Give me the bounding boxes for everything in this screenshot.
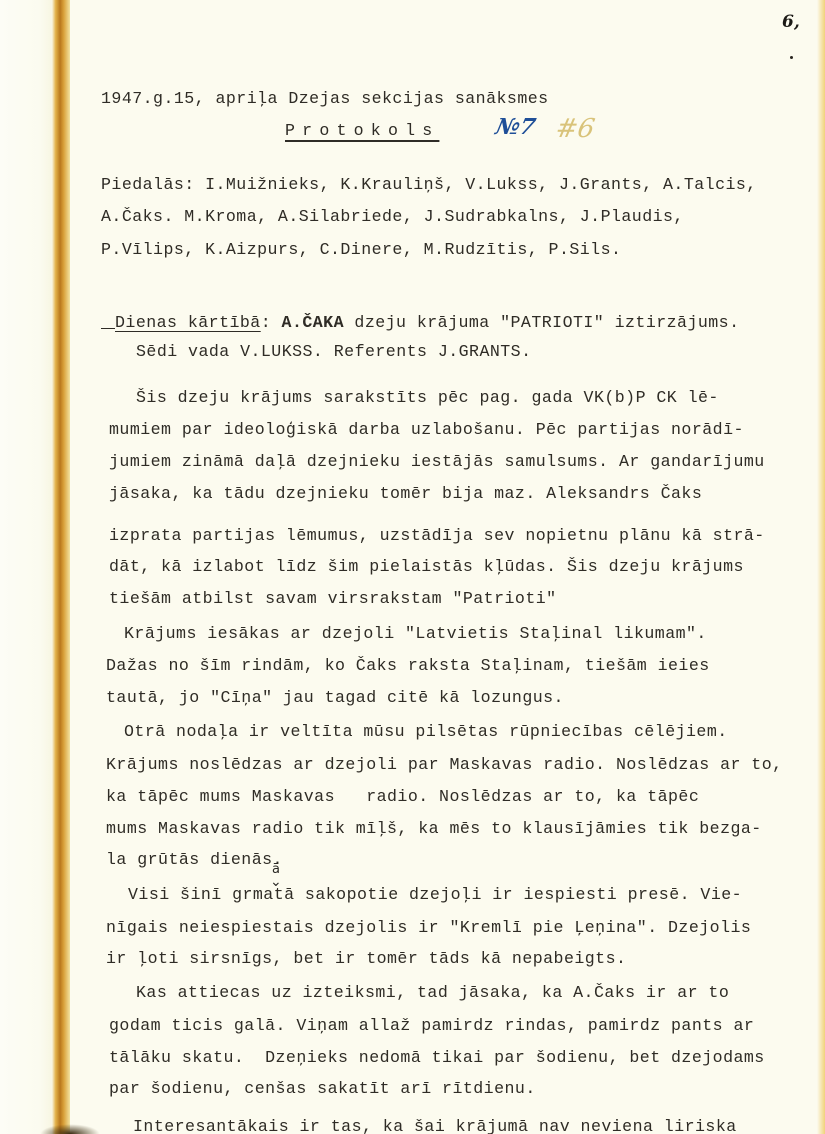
body-line: izprata partijas lēmumus, uzstādīja sev … — [109, 526, 765, 546]
attendees-line-1: Piedalās: I.Muižnieks, K.Krauliņš, V.Luk… — [101, 175, 757, 195]
body-line: nīgais neiespiestais dzejolis ir "Kremlī… — [106, 918, 751, 938]
body-line: Šis dzeju krājums sarakstīts pēc pag. ga… — [136, 388, 719, 408]
underlying-page — [0, 0, 58, 1134]
body-line: Krājums iesākas ar dzejoli "Latvietis St… — [124, 624, 707, 644]
body-line: Kas attiecas uz izteiksmi, tad jāsaka, k… — [136, 983, 729, 1003]
body-line: jumiem zināmā daļā dzejnieku iestājās sa… — [109, 452, 765, 472]
body-line: jāsaka, ka tādu dzejnieku tomēr bija maz… — [109, 484, 702, 504]
body-line: godam ticis galā. Viņam allaž pamirdz ri… — [109, 1016, 754, 1036]
body-line: Otrā nodaļa ir veltīta mūsu pilsētas rūp… — [124, 722, 728, 742]
body-line: Krājums noslēdzas ar dzejoli par Maskava… — [106, 755, 783, 775]
body-line: ir ļoti sirsnīgs, bet ir tomēr tāds kā n… — [106, 949, 626, 969]
chair-line: Sēdi vada V.LUKSS. Referents J.GRANTS. — [136, 342, 532, 362]
body-line: Interesantākais ir tas, ka šai krājumā n… — [133, 1117, 737, 1134]
agenda-topic: dzeju krājuma "PATRIOTI" iztirzājums. — [344, 313, 740, 332]
date-line: 1947.g.15, apriļa Dzejas sekcijas sanāks… — [101, 89, 549, 109]
body-line: mums Maskavas radio tik mīļš, ka mēs to … — [106, 819, 762, 839]
agenda-author: A.ČAKA — [282, 313, 344, 332]
handwritten-number-blue: №7 — [493, 114, 538, 140]
attendees-line-3: P.Vīlips, K.Aizpurs, C.Dinere, M.Rudzīti… — [101, 240, 621, 260]
agenda-line: Dienas kārtībā: A.ČAKA dzeju krājuma "PA… — [101, 313, 740, 333]
body-line: tautā, jo "Cīņa" jau tagad citē kā lozun… — [106, 688, 564, 708]
body-line: tālāku skatu. Dzeņieks nedomā tikai par … — [109, 1048, 765, 1068]
agenda-colon: : — [261, 313, 282, 332]
page-number: 6, — [782, 12, 800, 32]
body-line: Visi šinī grmatā sakopotie dzejoļi ir ie… — [128, 885, 742, 905]
document-title: Protokols — [285, 121, 439, 141]
handwritten-number-yellow: #6 — [553, 114, 597, 144]
body-line: mumiem par ideoloģiskā darba uzlabošanu.… — [109, 420, 744, 440]
body-line: par šodienu, cenšas sakatīt arī rītdienu… — [109, 1079, 536, 1099]
body-line: Dažas no šīm rindām, ko Čaks raksta Staļ… — [106, 656, 710, 676]
attendees-line-2: A.Čaks. M.Kroma, A.Silabriede, J.Sudrabk… — [101, 207, 684, 227]
scan-shadow — [40, 1124, 100, 1134]
body-line: dāt, kā izlabot līdz šim pielaistās kļūd… — [109, 557, 744, 577]
body-line: tiešām atbilst savam virsrakstam "Patrio… — [109, 589, 557, 609]
body-line: ka tāpēc mums Maskavas radio. Noslēdzas … — [106, 787, 699, 807]
ink-speck — [790, 56, 793, 59]
agenda-label: Dienas kārtībā — [115, 313, 261, 332]
underline-lead — [101, 313, 115, 329]
body-line: la grūtās dienās. — [106, 850, 283, 870]
page-binding-edge — [52, 0, 70, 1134]
